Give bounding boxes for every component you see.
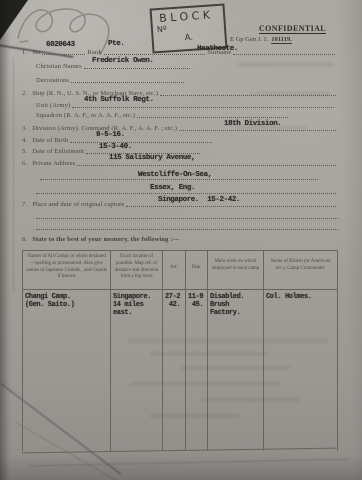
cell-departure-date: 11-9 45.	[186, 290, 208, 451]
cell-arrival-date: 27-2 42.	[163, 290, 186, 451]
question-number: 3.	[22, 125, 27, 132]
cell-camp-commander: Col. Holmes.	[264, 290, 337, 451]
question-number: 1.	[22, 49, 27, 56]
question-number: 8.	[22, 236, 27, 243]
division-value: 18th Division.	[224, 120, 281, 128]
question-number: 7.	[22, 201, 27, 208]
private-address-value-1: 115 Salisbury Avenue,	[109, 154, 195, 162]
table-header-location: Exact location if possible. Map ref. or …	[111, 251, 163, 290]
date-of-birth-value: 9-5-16.	[96, 131, 125, 139]
stamp-block-letter: A.	[184, 31, 225, 44]
christian-names-value: Frederick Owen.	[92, 57, 154, 65]
cell-main-work: Disabled. Brush Factory.	[208, 290, 264, 451]
no-label: No	[32, 49, 40, 56]
dotted-leader	[104, 48, 206, 55]
unit-value: 4th Suffolk Regt.	[84, 96, 154, 104]
dotted-leader	[233, 48, 335, 55]
field-line-no-rank-surname: 1. No Rank Surname	[22, 48, 337, 56]
question-number: 4.	[22, 137, 27, 144]
place-of-capture-label: Place and date of original capture	[32, 201, 124, 208]
file-reference-prefix: E Gp Gen J. 1.	[230, 36, 268, 43]
file-reference-number: 101119.	[271, 36, 291, 44]
date-of-enlistment-label: Date of Enlistment	[32, 148, 84, 155]
confidential-marking: CONFIDENTIAL	[259, 24, 326, 34]
date-of-enlistment-value: 15-3-40.	[99, 143, 132, 151]
squadron-label: Squadron (R. A. F., or A. A. F., etc.)	[36, 112, 135, 119]
cell-camp-name: Changi Camp. (Gen. Saito.)	[23, 290, 111, 451]
question-number: 6.	[22, 160, 27, 167]
field-line-memory-statement: 8. State to the best of your memory, the…	[22, 236, 179, 243]
place-of-capture-value: Singapore. 15-2-42.	[158, 196, 240, 204]
unit-label: Unit (Army)	[36, 102, 70, 109]
private-address-value-3: Essex, Eng.	[150, 184, 195, 192]
dotted-line	[36, 210, 338, 219]
field-line-squadron: Squadron (R. A. F., or A. A. F., etc.)	[36, 111, 290, 119]
service-number-value: 6020643	[46, 41, 75, 49]
table-header-camp-commander: Name of British (or American etc.), Camp…	[264, 251, 337, 290]
dotted-leader	[71, 76, 184, 83]
scanned-pow-record-form: BLOCK Nº A. CONFIDENTIAL E Gp Gen J. 1.1…	[0, 0, 362, 480]
private-address-value-2: Westcliffe-On-Sea,	[138, 171, 212, 179]
page-bottom-edge-shadow	[0, 454, 362, 480]
table-header-main-work: Main work on which employed in each camp	[208, 251, 264, 290]
dotted-leader	[42, 48, 85, 55]
dotted-leader	[160, 89, 336, 96]
field-line-division: 3. Division (Army). Command (R. A. F., A…	[22, 124, 338, 132]
question-number: 2.	[22, 90, 27, 97]
camps-table: Names of All Camps in which detained—spe…	[22, 250, 338, 451]
bleed-through-smudge	[238, 62, 334, 67]
cell-location: Singapore. 14 miles east.	[111, 290, 163, 451]
rank-value: Pte.	[108, 40, 124, 48]
paper-crease	[13, 58, 14, 293]
field-line-ship: 2. Ship (R. N., U. S. N., or Merchant Na…	[22, 89, 338, 97]
question-number: 5.	[22, 148, 27, 155]
surname-value: Heathcote.	[197, 45, 238, 53]
dotted-leader	[137, 111, 288, 118]
field-line-decorations: Decorations	[36, 76, 186, 84]
christian-names-label: Christian Names	[36, 63, 82, 70]
dotted-leader	[70, 136, 212, 143]
file-reference: E Gp Gen J. 1.101119.	[230, 36, 292, 43]
decorations-label: Decorations	[36, 77, 69, 84]
table-header-arrival: Arr.	[163, 251, 186, 290]
private-address-label: Private Address	[32, 160, 75, 167]
table-header-camp-names: Names of All Camps in which detained—spe…	[23, 251, 111, 290]
date-of-birth-label: Date of Birth	[32, 137, 68, 144]
memory-statement-label: State to the best of your memory, the fo…	[32, 236, 179, 243]
table-header-departure: Dep.	[186, 251, 208, 290]
field-line-unit: Unit (Army)	[36, 101, 336, 109]
page-left-edge-shadow	[0, 0, 11, 480]
dotted-line	[36, 221, 338, 230]
rank-label: Rank	[87, 49, 101, 56]
